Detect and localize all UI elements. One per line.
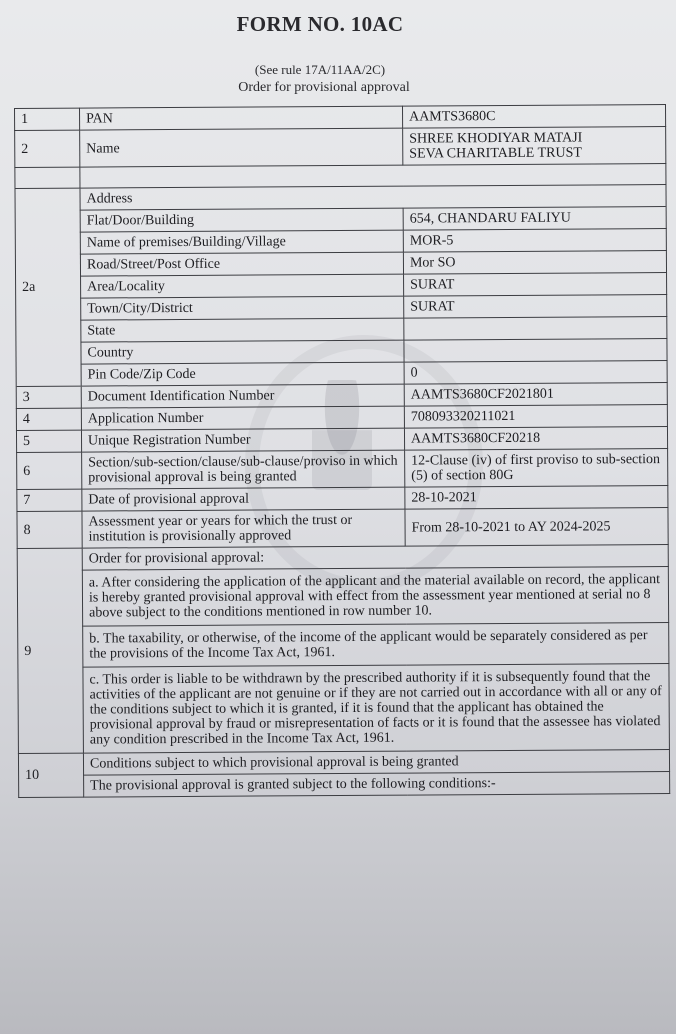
row-number: 5: [16, 430, 81, 452]
row-label: Application Number: [81, 406, 404, 430]
approval-date-value: 28-10-2021: [405, 486, 668, 510]
form-page: FORM NO. 10AC (See rule 17A/11AA/2C) Ord…: [0, 0, 676, 1034]
table-row-section: 6 Section/sub-section/clause/sub-clause/…: [17, 449, 668, 490]
row-label: Unique Registration Number: [81, 428, 404, 452]
order-paragraph-a: a. After considering the application of …: [17, 567, 668, 627]
address-value: MOR-5: [403, 229, 666, 253]
approval-table: 1 PAN AAMTS3680C 2 Name SHREE KHODIYAR M…: [14, 104, 670, 798]
table-row-assessment-year: 8 Assessment year or years for which the…: [17, 508, 668, 549]
section-value: 12-Clause (iv) of first proviso to sub-s…: [405, 449, 668, 488]
row-number: 10: [18, 753, 83, 797]
address-label: Flat/Door/Building: [80, 208, 403, 232]
order-paragraph-b: b. The taxability, or otherwise, of the …: [18, 623, 669, 668]
address-label: Town/City/District: [81, 296, 404, 320]
row-number: 4: [16, 408, 81, 430]
row-number: 1: [15, 108, 80, 130]
urn-value: AAMTS3680CF20218: [404, 427, 667, 451]
order-paragraph: a. After considering the application of …: [82, 567, 668, 627]
address-value: 0: [404, 361, 667, 385]
address-value: SURAT: [404, 295, 667, 319]
blank-cell: [15, 167, 80, 188]
address-label: Pin Code/Zip Code: [81, 362, 404, 386]
address-value: [404, 317, 667, 341]
row-label: PAN: [80, 106, 403, 130]
address-value: 654, CHANDARU FALIYU: [403, 207, 666, 231]
address-value: SURAT: [404, 273, 667, 297]
row-label: Date of provisional approval: [82, 487, 405, 511]
name-value-line2: SEVA CHARITABLE TRUST: [409, 145, 659, 162]
row-number: 6: [17, 452, 82, 489]
form-title: FORM NO. 10AC: [0, 12, 640, 37]
conditions-intro-row: The provisional approval is granted subj…: [19, 772, 670, 798]
address-label: Area/Locality: [81, 274, 404, 298]
form-caption: Order for provisional approval: [0, 80, 648, 96]
row-number: 8: [17, 511, 82, 548]
order-paragraph: b. The taxability, or otherwise, of the …: [83, 623, 669, 668]
row-label: Document Identification Number: [81, 384, 404, 408]
row-number: 2a: [15, 188, 81, 386]
address-label: Name of premises/Building/Village: [80, 230, 403, 254]
assessment-year-value: From 28-10-2021 to AY 2024-2025: [405, 508, 668, 547]
name-value: SHREE KHODIYAR MATAJI SEVA CHARITABLE TR…: [403, 127, 666, 166]
name-value-line1: SHREE KHODIYAR MATAJI: [409, 130, 659, 147]
row-number: 9: [17, 548, 83, 753]
order-paragraph: c. This order is liable to be withdrawn …: [83, 664, 670, 754]
conditions-intro: The provisional approval is granted subj…: [84, 772, 670, 798]
row-label: Assessment year or years for which the t…: [82, 509, 405, 548]
address-label: Country: [81, 340, 404, 364]
address-label: State: [81, 318, 404, 342]
row-label: Section/sub-section/clause/sub-clause/pr…: [82, 450, 405, 489]
table-row-name: 2 Name SHREE KHODIYAR MATAJI SEVA CHARIT…: [15, 127, 666, 168]
address-value: Mor SO: [403, 251, 666, 275]
row-number: 2: [15, 130, 80, 167]
row-label: Name: [80, 128, 403, 167]
address-label: Road/Street/Post Office: [80, 252, 403, 276]
order-paragraph-c: c. This order is liable to be withdrawn …: [18, 664, 670, 754]
pan-value: AAMTS3680C: [402, 105, 665, 129]
application-number-value: 708093320211021: [404, 405, 667, 429]
document-id-value: AAMTS3680CF2021801: [404, 383, 667, 407]
rule-reference: (See rule 17A/11AA/2C): [0, 62, 640, 78]
row-number: 7: [17, 489, 82, 511]
address-value: [404, 339, 667, 363]
row-number: 3: [16, 386, 81, 408]
